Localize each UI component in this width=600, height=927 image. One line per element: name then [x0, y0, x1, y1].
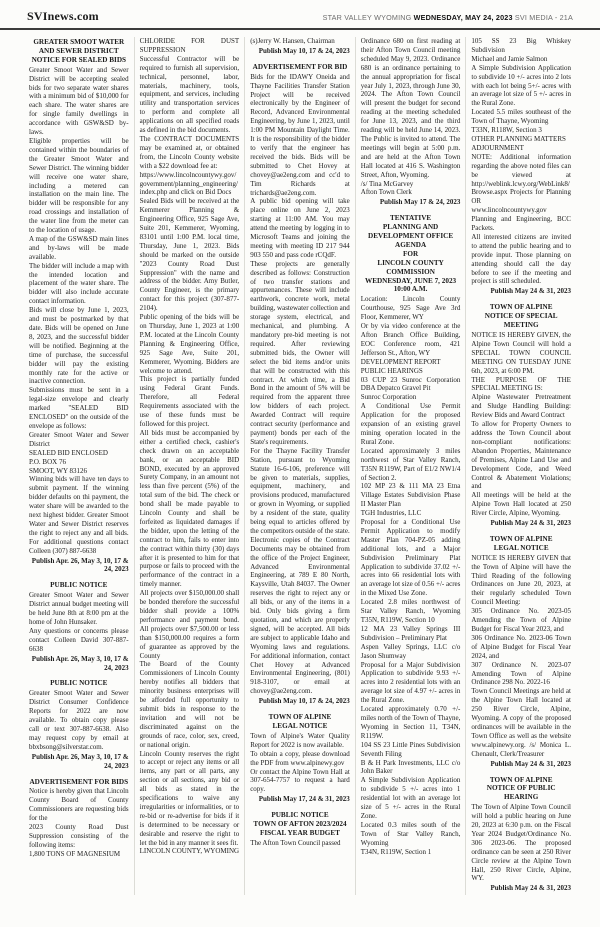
notice-paragraph: TGH Industries, LLC — [361, 509, 461, 518]
notice-paragraph: Sealed Bids will be received at the Kemm… — [140, 197, 240, 313]
notice-paragraph: Location: Lincoln County Courthouse, 925… — [361, 295, 461, 322]
notice-paragraph: All meetings will be held at the Alpine … — [471, 491, 571, 518]
notice-paragraph: For the Thayne Facility Transfer Station… — [250, 447, 350, 536]
notice-paragraph: Aspen Valley Springs, LLC c/o Jason Shum… — [361, 643, 461, 661]
dateline-date: WEDNESDAY, MAY 24, 2023 — [414, 13, 513, 22]
notice-paragraph: Alpine Wastewater Pretreatment and Sludg… — [471, 393, 571, 420]
notice-paragraph: NOTE: Additional information regarding t… — [471, 153, 571, 206]
notice-paragraph: 307 Ordinance N. 2023-07 Amending Town o… — [471, 661, 571, 688]
notice-paragraph: To obtain a copy, please download the PD… — [250, 750, 350, 768]
notice-paragraph: ADJOURNMENT — [471, 144, 571, 153]
notice-paragraph: B & H Park Investments, LLC c/o John Bak… — [361, 759, 461, 777]
notice-paragraph: T33N, R118W, Section 3 — [471, 126, 571, 135]
notice-paragraph: All projects over $150,000.00 shall be b… — [140, 589, 240, 660]
notice-paragraph: 102 MP 23 & 111 MA 23 Etna Village Estat… — [361, 482, 461, 509]
publish-line: Publish May 10, 17 & 24, 2023 — [250, 47, 350, 56]
notice-paragraph: Eligible properties will be contained wi… — [29, 137, 129, 235]
notice-paragraph: https://www.lincolncountywy.gov/governme… — [140, 171, 240, 198]
notice-paragraph: (s)Jerry W. Hansen, Chairman — [250, 37, 350, 46]
notice-heading: GREATER SMOOT WATER AND SEWER DISTRICT N… — [29, 38, 129, 65]
notice-paragraph: SMOOT, WY 83126 — [29, 467, 129, 476]
publish-line: Publish Apr. 26, May 3, 10, 17 & 24, 202… — [29, 557, 129, 575]
notice-paragraph: PUBLIC HEARINGS — [361, 367, 461, 376]
notice-paragraph: A Conditional Use Permit Application for… — [361, 402, 461, 447]
notice-paragraph: Bids for the IDAWY Oneida and Thayne Fac… — [250, 73, 350, 198]
notice-paragraph: Successful Contractor will be required t… — [140, 55, 240, 135]
notice-paragraph: Afton Town Clerk — [361, 188, 461, 197]
publish-line: Publish May 24 & 31, 2023 — [471, 760, 571, 769]
notice-heading: TENTATIVE PLANNING AND DEVELOPMENT OFFIC… — [361, 214, 461, 294]
notice-paragraph: This project is partially funded using F… — [140, 375, 240, 428]
newspaper-page: SVInews.com STAR VALLEY WYOMING WEDNESDA… — [0, 0, 600, 927]
notice-paragraph: Lincoln County reserves the right to acc… — [140, 750, 240, 848]
notice-paragraph: OTHER PLANNING MATTERS — [471, 135, 571, 144]
notice-paragraph: A public bid opening will take place onl… — [250, 197, 350, 259]
notice-paragraph: 03 CUP 23 Sunroc Corporation DBA Depatco… — [361, 376, 461, 394]
notice-paragraph: THE PURPOSE OF THE SPECIAL MEETING IS: — [471, 376, 571, 394]
notice-heading: TOWN OF ALPINE LEGAL NOTICE — [250, 713, 350, 731]
notice-paragraph: These projects are generally described a… — [250, 260, 350, 447]
dateline-region: STAR VALLEY WYOMING — [323, 13, 414, 22]
notice-paragraph: Proposal for a Conditional Use Permit Ap… — [361, 518, 461, 598]
dateline: STAR VALLEY WYOMING WEDNESDAY, MAY 24, 2… — [323, 13, 573, 22]
notice-heading: ADVERTISEMENT FOR BID — [250, 63, 350, 72]
notice-paragraph: The bidder will include a map with the i… — [29, 262, 129, 307]
notice-paragraph: P.O. BOX 76 — [29, 458, 129, 467]
notice-paragraph: The CONTRACT DOCUMENTS may be examined a… — [140, 135, 240, 171]
column-3: (s)Jerry W. Hansen, ChairmanPublish May … — [245, 37, 356, 895]
notice-paragraph: 104 SS 23 Little Pines Subdivision Seven… — [361, 741, 461, 759]
notice-paragraph: All interested citizens are invited to a… — [471, 233, 571, 286]
notice-paragraph: Greater Smoot Water and Sewer District w… — [29, 66, 129, 137]
notice-paragraph: A map of the GSW&SD main lines and by-la… — [29, 235, 129, 262]
notice-paragraph: A Simple Subdivision Application to subd… — [361, 776, 461, 821]
publish-line: Publish May 24 & 31, 2023 — [471, 287, 571, 296]
notice-paragraph: Sunroc Corporation — [361, 393, 461, 402]
notice-paragraph: CHLORIDE FOR DUST SUPPRESSION — [140, 37, 240, 55]
notice-paragraph: Located 5.5 miles southeast of the Town … — [471, 108, 571, 126]
notice-paragraph: 105 SS 23 Big Whiskey Subdivision — [471, 37, 571, 55]
notice-paragraph: 12 MA 23 Valley Springs III Subdivision … — [361, 625, 461, 643]
masthead-logo: SVInews.com — [27, 9, 99, 24]
notice-paragraph: The Board of the County Commissioners of… — [140, 660, 240, 749]
publish-line: Publish Apr. 26, May 3, 10, 17 & 24, 202… — [29, 753, 129, 771]
notice-paragraph: Located approximately 3 miles northwest … — [361, 447, 461, 483]
notice-paragraph: Winning bids will have ten days to submi… — [29, 475, 129, 555]
notice-paragraph: 306 Ordinance No. 2023-06 Town of Alpine… — [471, 634, 571, 661]
notice-paragraph: Notice is hereby given that Lincoln Coun… — [29, 787, 129, 823]
notice-paragraph: /s/ Tina McGarvey — [361, 180, 461, 189]
notice-paragraph: Michael and Jamie Salmon — [471, 55, 571, 64]
notice-paragraph: Or by via video conference at the Afton … — [361, 322, 461, 358]
notice-heading: TOWN OF ALPINE NOTICE OF SPECIAL MEETING — [471, 303, 571, 330]
notice-paragraph: Bids will close by June 1, 2023, and mus… — [29, 306, 129, 386]
notice-paragraph: Submissions must be sent in a legal-size… — [29, 386, 129, 431]
notice-paragraph: Town of Alpine's Water Quality Report fo… — [250, 732, 350, 750]
notice-paragraph: www.lincolncountywy.gov Planning and Eng… — [471, 206, 571, 233]
notice-heading: PUBLIC NOTICE TOWN OF AFTON 2023/2024 FI… — [250, 811, 350, 838]
notice-paragraph: NOTICE IS HEREBY GIVEN, the Alpine Town … — [471, 331, 571, 376]
publish-line: Publish May 24 & 31, 2023 — [471, 519, 571, 528]
column-2: CHLORIDE FOR DUST SUPPRESSIONSuccessful … — [135, 37, 246, 895]
notice-heading: PUBLIC NOTICE — [29, 581, 129, 590]
notice-paragraph: Greater Smoot Water and Sewer District C… — [29, 689, 129, 751]
notices-area: GREATER SMOOT WATER AND SEWER DISTRICT N… — [0, 30, 600, 895]
publish-line: Publish May 17, 24 & 31, 2023 — [250, 795, 350, 804]
publish-line: Publish May 10, 17 & 24, 2023 — [250, 697, 350, 706]
notice-paragraph: Town Council Meetings are held at the Al… — [471, 687, 571, 758]
notice-heading: TOWN OF ALPINE LEGAL NOTICE — [471, 535, 571, 553]
notice-paragraph: Greater Smoot Water and Sewer District — [29, 431, 129, 449]
publish-line: Publish Apr. 26, May 3, 10, 17 & 24, 202… — [29, 655, 129, 673]
notice-paragraph: The Afton Town Council passed — [250, 839, 350, 848]
publish-line: Publish May 17 & 24, 2023 — [361, 198, 461, 207]
column-1: GREATER SMOOT WATER AND SEWER DISTRICT N… — [24, 37, 135, 895]
notice-paragraph: LINCOLN COUNTY, WYOMING — [140, 847, 240, 856]
notice-paragraph: Located 0.3 miles south of the Town of S… — [361, 821, 461, 848]
notice-paragraph: Any questions or concerns please contact… — [29, 627, 129, 654]
notice-paragraph: Or contact the Alpine Town Hall at 307-6… — [250, 768, 350, 795]
notice-paragraph: Ordinance 680 on first reading at their … — [361, 37, 461, 180]
notice-paragraph: Located 2.8 miles northwest of Star Vall… — [361, 598, 461, 625]
notice-paragraph: A Simple Subdivision Application to subd… — [471, 64, 571, 109]
notice-paragraph: To allow for Property Owners to address … — [471, 420, 571, 491]
notice-paragraph: SEALED BID ENCLOSED — [29, 449, 129, 458]
notice-paragraph: NOTICE IS HEREBY GIVEN that the Town of … — [471, 554, 571, 607]
page-header: SVInews.com STAR VALLEY WYOMING WEDNESDA… — [0, 0, 600, 30]
notice-paragraph: Electronic copies of the Contract Docume… — [250, 536, 350, 696]
notice-paragraph: Located approximately 0.70 +/- miles nor… — [361, 705, 461, 741]
notice-paragraph: Greater Smoot Water and Sewer District a… — [29, 591, 129, 627]
notice-paragraph: 305 Ordinance No. 2023-05 Amending the T… — [471, 607, 571, 634]
notice-paragraph: The Town of Alpine Town Council will hol… — [471, 803, 571, 883]
notice-paragraph: 2023 County Road Dust Suppression consis… — [29, 823, 129, 850]
notice-heading: TOWN OF ALPINE NOTICE OF PUBLIC HEARING — [471, 776, 571, 803]
notice-paragraph: T34N, R119W, Section 1 — [361, 848, 461, 857]
notice-paragraph: 1,800 TONS OF MAGNESIUM — [29, 850, 129, 859]
notice-paragraph: Public opening of the bids will be on Th… — [140, 313, 240, 375]
notice-paragraph: All bids must be accompanied by either a… — [140, 429, 240, 589]
notice-heading: PUBLIC NOTICE — [29, 679, 129, 688]
notice-paragraph: Proposal for a Major Subdivision Applica… — [361, 661, 461, 706]
notice-heading: ADVERTISEMENT FOR BIDS — [29, 778, 129, 787]
column-5: 105 SS 23 Big Whiskey SubdivisionMichael… — [466, 37, 576, 895]
publish-line: Publish May 24 & 31, 2023 — [471, 884, 571, 893]
column-4: Ordinance 680 on first reading at their … — [356, 37, 467, 895]
notice-paragraph: DEVELOPMENT REPORT — [361, 358, 461, 367]
dateline-edition: SVI MEDIA - 21A — [513, 13, 573, 22]
